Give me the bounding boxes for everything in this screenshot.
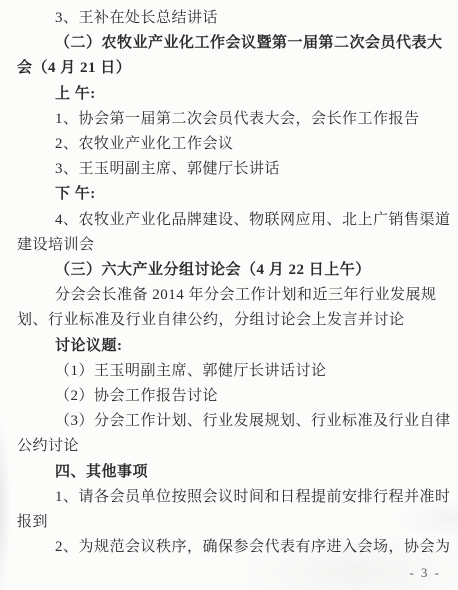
page-number: - 3 - — [409, 565, 441, 581]
doc-line-continuation: 建设培训会 — [17, 233, 443, 258]
doc-line: 2、为规范会议秩序，确保参会代表有序进入会场，协会为 — [17, 535, 443, 560]
doc-subheading: 上 午: — [17, 82, 443, 107]
doc-heading: 四、其他事项 — [17, 460, 443, 485]
doc-line: 4、农牧业产业化品牌建设、物联网应用、北上广销售渠道 — [17, 208, 443, 233]
doc-line: （1）王玉明副主席、郭健厅长讲话讨论 — [17, 359, 443, 384]
doc-subheading: 讨论议题: — [17, 334, 443, 359]
document-body: 3、王补在处长总结讲话 （二）农牧业产业化工作会议暨第一届第二次会员代表大 会（… — [17, 6, 443, 560]
doc-line: 2、农牧业产业化工作会议 — [17, 132, 443, 157]
document-page: 3、王补在处长总结讲话 （二）农牧业产业化工作会议暨第一届第二次会员代表大 会（… — [0, 0, 458, 590]
doc-line-continuation: 公约讨论 — [17, 434, 443, 459]
doc-heading: （三）六大产业分组讨论会（4 月 22 日上午） — [17, 258, 443, 283]
doc-line: 1、请各会员单位按照会议时间和日程提前安排行程并准时 — [17, 485, 443, 510]
doc-line: 分会会长准备 2014 年分会工作计划和近三年行业发展规 — [17, 283, 443, 308]
doc-line: （2）协会工作报告讨论 — [17, 384, 443, 409]
doc-line-continuation: 划、行业标准及行业自律公约，分组讨论会上发言并讨论 — [17, 308, 443, 333]
doc-line: 3、王补在处长总结讲话 — [17, 6, 443, 31]
doc-line-continuation: 报到 — [17, 510, 443, 535]
doc-subheading: 下 午: — [17, 182, 443, 207]
doc-line: 3、王玉明副主席、郭健厅长讲话 — [17, 157, 443, 182]
doc-line: 1、协会第一届第二次会员代表大会，会长作工作报告 — [17, 107, 443, 132]
doc-heading-continuation: 会（4 月 21 日） — [17, 56, 443, 81]
doc-line: （3）分会工作计划、行业发展规划、行业标准及行业自律 — [17, 409, 443, 434]
doc-heading: （二）农牧业产业化工作会议暨第一届第二次会员代表大 — [17, 31, 443, 56]
